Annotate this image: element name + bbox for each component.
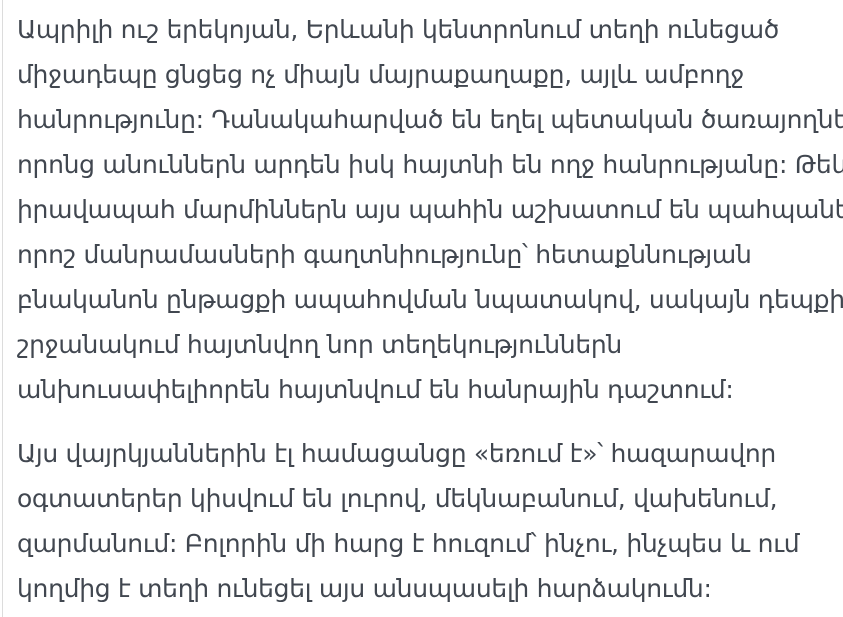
paragraph-2: Այս վայրկյաններին էլ համացանցը «եռում է»…: [17, 431, 835, 611]
paragraph-1: Ապրիլի ուշ երեկոյան, Երևանի կենտրոնում տ…: [17, 7, 835, 412]
document-page: Ապրիլի ուշ երեկոյան, Երևանի կենտրոնում տ…: [0, 0, 843, 617]
article-body: Ապրիլի ուշ երեկոյան, Երևանի կենտրոնում տ…: [0, 0, 843, 611]
page-left-edge-line: [2, 0, 3, 617]
